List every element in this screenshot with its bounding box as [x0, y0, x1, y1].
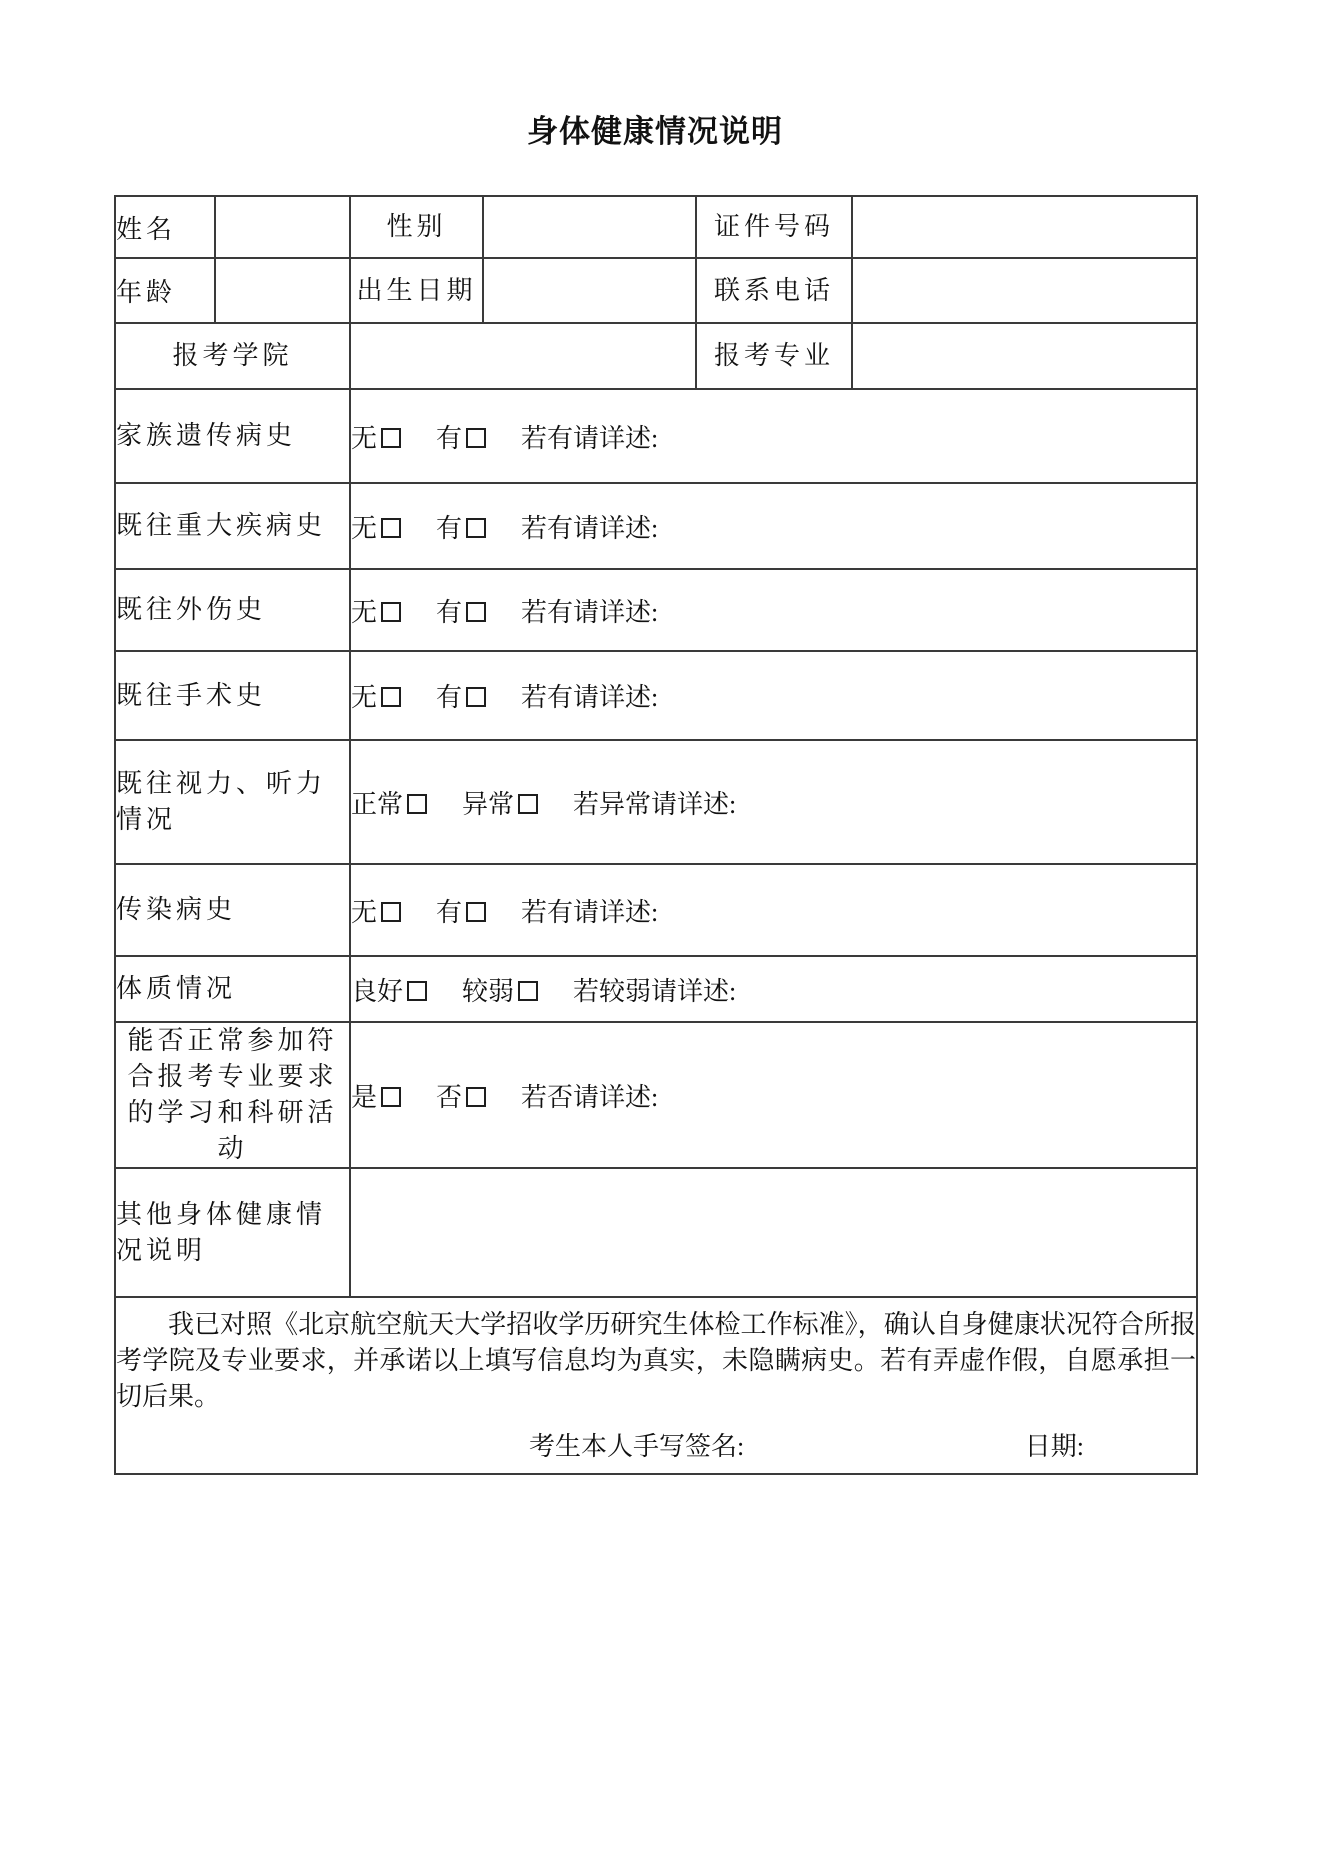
trauma-history-label: 既往外伤史 — [115, 569, 350, 651]
page-title: 身体健康情况说明 — [114, 106, 1196, 151]
family-genetic-history-content: 无有若有请详述: — [350, 389, 1197, 483]
detail-prompt: 若较弱请详述: — [573, 977, 736, 1006]
signature-row: 考生本人手写签名: 日期: — [116, 1429, 1196, 1465]
option-1-checkbox[interactable] — [381, 518, 401, 538]
major-input-cell[interactable] — [852, 323, 1197, 389]
date-label: 日期: — [1025, 1429, 1084, 1465]
vision-hearing-content: 正常异常若异常请详述: — [350, 740, 1197, 864]
table-row-trauma-history: 既往外伤史 无有若有请详述: — [115, 569, 1197, 651]
option-2: 有 — [436, 424, 486, 453]
option-2-checkbox[interactable] — [518, 981, 538, 1001]
id-number-input-cell[interactable] — [852, 196, 1197, 258]
table-row-basic-1: 姓名 性别 证件号码 — [115, 196, 1197, 258]
option-2-label: 否 — [436, 1083, 462, 1112]
phone-label: 联系电话 — [696, 258, 852, 323]
option-1: 无 — [351, 598, 401, 627]
vision-hearing-label: 既往视力、听力情况 — [115, 740, 350, 864]
option-1-label: 良好 — [351, 977, 403, 1006]
major-disease-history-content: 无有若有请详述: — [350, 483, 1197, 569]
trauma-history-content: 无有若有请详述: — [350, 569, 1197, 651]
gender-label: 性别 — [350, 196, 483, 258]
option-1-checkbox[interactable] — [381, 687, 401, 707]
option-2-checkbox[interactable] — [518, 794, 538, 814]
table-row-basic-2: 年龄 出生日期 联系电话 — [115, 258, 1197, 323]
option-1-label: 无 — [351, 514, 377, 543]
birth-date-input-cell[interactable] — [483, 258, 696, 323]
option-1: 无 — [351, 424, 401, 453]
option-2: 异常 — [462, 790, 538, 819]
health-form-table: 姓名 性别 证件号码 年龄 出生日期 联系电话 报考学院 报考专业 家族遗传病史 — [114, 195, 1198, 1475]
option-2: 有 — [436, 898, 486, 927]
option-1-label: 无 — [351, 683, 377, 712]
document-page: 身体健康情况说明 姓名 性别 证件号码 年龄 出生日期 联系电话 报考学院 — [0, 0, 1323, 1871]
study-ability-content: 是否若否请详述: — [350, 1022, 1197, 1168]
option-2-label: 较弱 — [462, 977, 514, 1006]
name-input-cell[interactable] — [215, 196, 350, 258]
name-label: 姓名 — [115, 196, 215, 258]
signature-label: 考生本人手写签名: — [529, 1429, 744, 1465]
declaration-cell: 我已对照《北京航空航天大学招收学历研究生体检工作标准》，确认自身健康状况符合所报… — [115, 1297, 1197, 1474]
detail-prompt: 若有请详述: — [521, 683, 658, 712]
option-1: 良好 — [351, 977, 427, 1006]
table-row-family-genetic-history: 家族遗传病史 无有若有请详述: — [115, 389, 1197, 483]
physique-label: 体质情况 — [115, 956, 350, 1022]
option-2-checkbox[interactable] — [466, 902, 486, 922]
option-1-label: 无 — [351, 898, 377, 927]
detail-prompt: 若有请详述: — [521, 898, 658, 927]
infectious-disease-label: 传染病史 — [115, 864, 350, 956]
table-row-declaration: 我已对照《北京航空航天大学招收学历研究生体检工作标准》，确认自身健康状况符合所报… — [115, 1297, 1197, 1474]
option-1-checkbox[interactable] — [381, 602, 401, 622]
major-label: 报考专业 — [696, 323, 852, 389]
detail-prompt: 若有请详述: — [521, 598, 658, 627]
option-2-label: 有 — [436, 424, 462, 453]
option-1-checkbox[interactable] — [407, 981, 427, 1001]
college-label: 报考学院 — [115, 323, 350, 389]
age-input-cell[interactable] — [215, 258, 350, 323]
option-1: 无 — [351, 514, 401, 543]
option-1-label: 是 — [351, 1083, 377, 1112]
option-1-checkbox[interactable] — [381, 428, 401, 448]
family-genetic-history-label: 家族遗传病史 — [115, 389, 350, 483]
option-1: 是 — [351, 1083, 401, 1112]
option-2: 有 — [436, 598, 486, 627]
birth-date-label: 出生日期 — [350, 258, 483, 323]
gender-input-cell[interactable] — [483, 196, 696, 258]
infectious-disease-content: 无有若有请详述: — [350, 864, 1197, 956]
physique-content: 良好较弱若较弱请详述: — [350, 956, 1197, 1022]
age-label: 年龄 — [115, 258, 215, 323]
option-1-checkbox[interactable] — [381, 902, 401, 922]
detail-prompt: 若异常请详述: — [573, 790, 736, 819]
college-input-cell[interactable] — [350, 323, 696, 389]
option-2-label: 有 — [436, 683, 462, 712]
table-row-study-ability: 能否正常参加符合报考专业要求的学习和科研活动 是否若否请详述: — [115, 1022, 1197, 1168]
phone-input-cell[interactable] — [852, 258, 1197, 323]
option-2: 较弱 — [462, 977, 538, 1006]
id-number-label: 证件号码 — [696, 196, 852, 258]
option-2-label: 异常 — [462, 790, 514, 819]
option-1: 正常 — [351, 790, 427, 819]
option-2-checkbox[interactable] — [466, 428, 486, 448]
option-2-checkbox[interactable] — [466, 687, 486, 707]
table-row-infectious-disease: 传染病史 无有若有请详述: — [115, 864, 1197, 956]
study-ability-label: 能否正常参加符合报考专业要求的学习和科研活动 — [115, 1022, 350, 1168]
option-1-checkbox[interactable] — [381, 1087, 401, 1107]
table-row-major-disease-history: 既往重大疾病史 无有若有请详述: — [115, 483, 1197, 569]
surgery-history-content: 无有若有请详述: — [350, 651, 1197, 740]
option-2-label: 有 — [436, 514, 462, 543]
option-1: 无 — [351, 683, 401, 712]
major-disease-history-label: 既往重大疾病史 — [115, 483, 350, 569]
option-2-label: 有 — [436, 898, 462, 927]
option-2-label: 有 — [436, 598, 462, 627]
option-1-label: 无 — [351, 598, 377, 627]
detail-prompt: 若有请详述: — [521, 514, 658, 543]
option-2-checkbox[interactable] — [466, 518, 486, 538]
option-1: 无 — [351, 898, 401, 927]
table-row-physique: 体质情况 良好较弱若较弱请详述: — [115, 956, 1197, 1022]
option-1-checkbox[interactable] — [407, 794, 427, 814]
table-row-basic-3: 报考学院 报考专业 — [115, 323, 1197, 389]
option-2: 有 — [436, 514, 486, 543]
detail-prompt: 若否请详述: — [521, 1083, 658, 1112]
option-2-checkbox[interactable] — [466, 1087, 486, 1107]
option-2-checkbox[interactable] — [466, 602, 486, 622]
detail-prompt: 若有请详述: — [521, 424, 658, 453]
surgery-history-label: 既往手术史 — [115, 651, 350, 740]
other-health-label: 其他身体健康情况说明 — [115, 1168, 350, 1297]
table-row-vision-hearing: 既往视力、听力情况 正常异常若异常请详述: — [115, 740, 1197, 864]
option-1-label: 正常 — [351, 790, 403, 819]
option-2: 有 — [436, 683, 486, 712]
table-row-surgery-history: 既往手术史 无有若有请详述: — [115, 651, 1197, 740]
table-row-other-health: 其他身体健康情况说明 — [115, 1168, 1197, 1297]
option-1-label: 无 — [351, 424, 377, 453]
option-2: 否 — [436, 1083, 486, 1112]
other-health-input-cell[interactable] — [350, 1168, 1197, 1297]
declaration-text: 我已对照《北京航空航天大学招收学历研究生体检工作标准》，确认自身健康状况符合所报… — [116, 1307, 1196, 1415]
